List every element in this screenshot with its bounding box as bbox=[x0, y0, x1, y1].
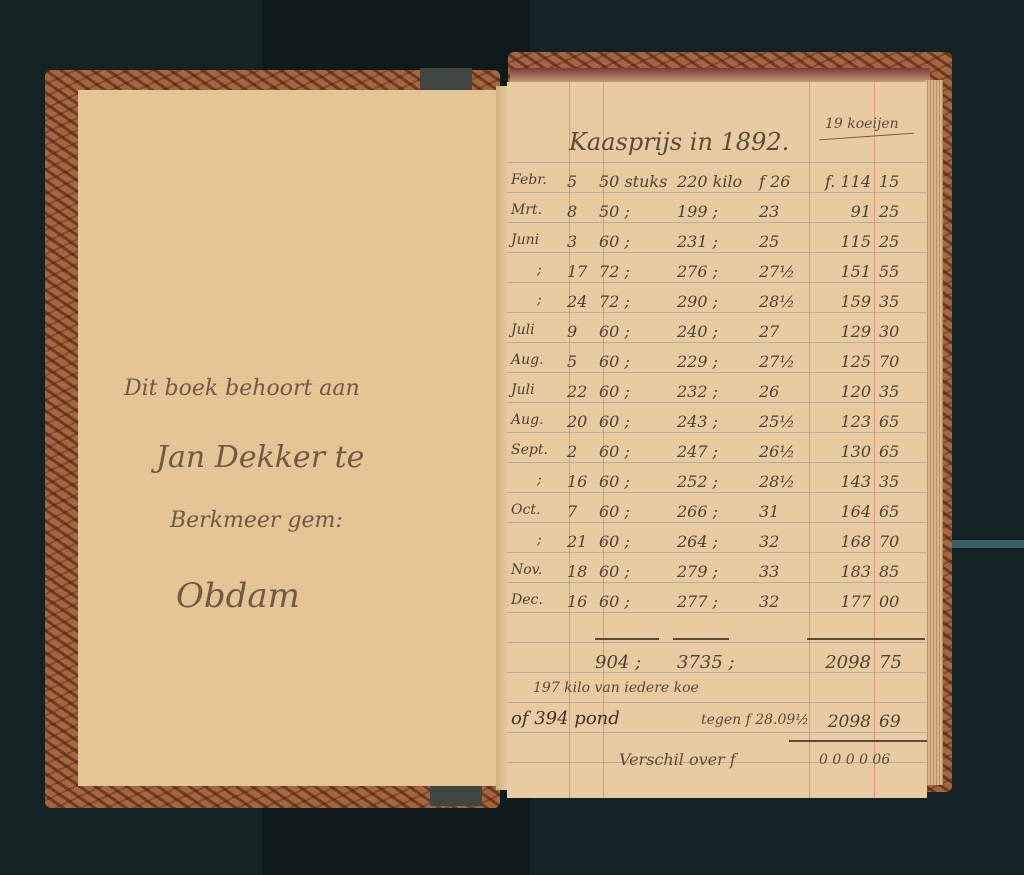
per-cow-note: 197 kilo van iedere koe bbox=[533, 680, 699, 696]
row-kilo: 229 ; bbox=[677, 352, 718, 371]
row-guilders: 129 bbox=[809, 322, 871, 341]
row-month: Nov. bbox=[511, 562, 542, 578]
row-kilo: 232 ; bbox=[677, 382, 718, 401]
row-kilo: 231 ; bbox=[677, 232, 718, 251]
ledger-row: Sept. 2 60 ; 247 ; 26½ 130 65 bbox=[507, 438, 927, 468]
cow-count-note: 19 koeijen bbox=[825, 116, 899, 132]
row-cents: 30 bbox=[879, 322, 899, 341]
row-guilders: 183 bbox=[809, 562, 871, 581]
difference-value: 0 0 0 0 06 bbox=[819, 752, 890, 768]
row-pieces: 60 ; bbox=[599, 442, 630, 461]
row-day: 2 bbox=[567, 442, 577, 461]
totals-row: 904 ; 3735 ; 2098 75 bbox=[507, 648, 927, 678]
left-page: Dit boek behoort aan Jan Dekker te Berkm… bbox=[78, 90, 496, 786]
row-day: 21 bbox=[567, 532, 587, 551]
ownership-line-4: Obdam bbox=[176, 576, 300, 616]
row-month: ; bbox=[537, 262, 542, 278]
row-pieces: 60 ; bbox=[599, 352, 630, 371]
row-pieces: 60 ; bbox=[599, 532, 630, 551]
page-stack-edge bbox=[925, 80, 943, 785]
row-guilders: 164 bbox=[809, 502, 871, 521]
row-day: 7 bbox=[567, 502, 577, 521]
spine-tape-bottom bbox=[430, 784, 482, 806]
row-month: Juli bbox=[511, 322, 535, 338]
sum-rule bbox=[673, 638, 729, 640]
row-pieces: 60 ; bbox=[599, 232, 630, 251]
ownership-line-3: Berkmeer gem: bbox=[170, 508, 343, 533]
ledger-row: Nov. 18 60 ; 279 ; 33 183 85 bbox=[507, 558, 927, 588]
ownership-line-1: Dit boek behoort aan bbox=[124, 376, 360, 401]
row-cents: 25 bbox=[879, 232, 899, 251]
ledger-row: Febr. 5 50 stuks 220 kilo f 26 f. 114 15 bbox=[507, 168, 927, 198]
row-kilo: 276 ; bbox=[677, 262, 718, 281]
row-kilo: 243 ; bbox=[677, 412, 718, 431]
row-month: ; bbox=[537, 292, 542, 308]
row-cents: 85 bbox=[879, 562, 899, 581]
ledger-row: ; 16 60 ; 252 ; 28½ 143 35 bbox=[507, 468, 927, 498]
row-cents: 70 bbox=[879, 352, 899, 371]
row-month: Aug. bbox=[511, 412, 544, 428]
row-price: 33 bbox=[759, 562, 779, 581]
ledger-row: Juli 9 60 ; 240 ; 27 129 30 bbox=[507, 318, 927, 348]
row-month: Aug. bbox=[511, 352, 544, 368]
background-strip bbox=[950, 540, 1024, 548]
row-price: 31 bbox=[759, 502, 779, 521]
row-day: 3 bbox=[567, 232, 577, 251]
ledger-row: ; 24 72 ; 290 ; 28½ 159 35 bbox=[507, 288, 927, 318]
ledger-row: Juni 3 60 ; 231 ; 25 115 25 bbox=[507, 228, 927, 258]
row-month: Febr. bbox=[511, 172, 547, 188]
row-day: 9 bbox=[567, 322, 577, 341]
sum-rule bbox=[595, 638, 659, 640]
row-pieces: 72 ; bbox=[599, 262, 630, 281]
row-kilo: 220 kilo bbox=[677, 172, 742, 191]
row-kilo: 266 ; bbox=[677, 502, 718, 521]
row-price: 27½ bbox=[759, 352, 795, 371]
row-price: 25½ bbox=[759, 412, 795, 431]
total-guilders: 2098 bbox=[809, 652, 871, 673]
row-month: Mrt. bbox=[511, 202, 542, 218]
ledger-row: Aug. 20 60 ; 243 ; 25½ 123 65 bbox=[507, 408, 927, 438]
row-day: 5 bbox=[567, 172, 577, 191]
row-kilo: 290 ; bbox=[677, 292, 718, 311]
row-kilo: 279 ; bbox=[677, 562, 718, 581]
row-month: Dec. bbox=[511, 592, 543, 608]
row-cents: 55 bbox=[879, 262, 899, 281]
computed-row: 2098 69 bbox=[507, 708, 927, 738]
row-guilders: 143 bbox=[809, 472, 871, 491]
row-price: 32 bbox=[759, 592, 779, 611]
row-day: 16 bbox=[567, 592, 587, 611]
row-cents: 00 bbox=[879, 592, 899, 611]
row-pieces: 60 ; bbox=[599, 322, 630, 341]
row-cents: 25 bbox=[879, 202, 899, 221]
row-kilo: 247 ; bbox=[677, 442, 718, 461]
ownership-line-2: Jan Dekker te bbox=[156, 440, 364, 475]
row-day: 20 bbox=[567, 412, 587, 431]
row-pieces: 72 ; bbox=[599, 292, 630, 311]
ruling-line bbox=[507, 642, 927, 643]
ledger-title: Kaasprijs in 1892. bbox=[569, 128, 789, 156]
ruling-line bbox=[507, 162, 927, 163]
row-pieces: 60 ; bbox=[599, 562, 630, 581]
row-guilders: f. 114 bbox=[809, 172, 871, 191]
row-month: Juli bbox=[511, 382, 535, 398]
row-guilders: 159 bbox=[809, 292, 871, 311]
row-price: 25 bbox=[759, 232, 779, 251]
row-pieces: 60 ; bbox=[599, 472, 630, 491]
row-cents: 65 bbox=[879, 502, 899, 521]
row-kilo: 252 ; bbox=[677, 472, 718, 491]
row-price: 27½ bbox=[759, 262, 795, 281]
row-day: 17 bbox=[567, 262, 587, 281]
right-page-ledger: 19 koeijen Kaasprijs in 1892. Febr. 5 50… bbox=[507, 82, 927, 798]
row-price: 32 bbox=[759, 532, 779, 551]
row-price: 28½ bbox=[759, 472, 795, 491]
row-day: 18 bbox=[567, 562, 587, 581]
row-pieces: 50 ; bbox=[599, 202, 630, 221]
page-block-top-edge bbox=[510, 68, 930, 82]
total-cents: 75 bbox=[879, 652, 902, 673]
ledger-row: ; 17 72 ; 276 ; 27½ 151 55 bbox=[507, 258, 927, 288]
row-guilders: 123 bbox=[809, 412, 871, 431]
row-pieces: 60 ; bbox=[599, 382, 630, 401]
row-kilo: 264 ; bbox=[677, 532, 718, 551]
row-price: f 26 bbox=[759, 172, 790, 191]
row-cents: 65 bbox=[879, 412, 899, 431]
row-day: 8 bbox=[567, 202, 577, 221]
row-day: 22 bbox=[567, 382, 587, 401]
sum-rule bbox=[807, 638, 925, 640]
row-price: 28½ bbox=[759, 292, 795, 311]
ledger-row: Oct. 7 60 ; 266 ; 31 164 65 bbox=[507, 498, 927, 528]
row-guilders: 177 bbox=[809, 592, 871, 611]
row-cents: 70 bbox=[879, 532, 899, 551]
row-price: 26½ bbox=[759, 442, 795, 461]
row-cents: 35 bbox=[879, 472, 899, 491]
total-pieces: 904 ; bbox=[595, 652, 641, 673]
row-kilo: 240 ; bbox=[677, 322, 718, 341]
row-month: ; bbox=[537, 532, 542, 548]
row-month: Juni bbox=[511, 232, 539, 248]
row-cents: 15 bbox=[879, 172, 899, 191]
row-month: ; bbox=[537, 472, 542, 488]
computed-guilders: 2098 bbox=[809, 712, 871, 732]
row-price: 23 bbox=[759, 202, 779, 221]
row-pieces: 50 stuks bbox=[599, 172, 667, 191]
row-cents: 35 bbox=[879, 382, 899, 401]
row-month: Oct. bbox=[511, 502, 540, 518]
ruling-line bbox=[507, 702, 927, 703]
ledger-row: Dec. 16 60 ; 277 ; 32 177 00 bbox=[507, 588, 927, 618]
total-kilo: 3735 ; bbox=[677, 652, 735, 673]
row-day: 24 bbox=[567, 292, 587, 311]
ledger-row: ; 21 60 ; 264 ; 32 168 70 bbox=[507, 528, 927, 558]
row-pieces: 60 ; bbox=[599, 502, 630, 521]
row-guilders: 151 bbox=[809, 262, 871, 281]
row-cents: 65 bbox=[879, 442, 899, 461]
difference-label: Verschil over f bbox=[619, 750, 736, 769]
note-underline bbox=[819, 133, 914, 141]
row-guilders: 120 bbox=[809, 382, 871, 401]
row-guilders: 115 bbox=[809, 232, 871, 251]
ledger-row: Aug. 5 60 ; 229 ; 27½ 125 70 bbox=[507, 348, 927, 378]
row-day: 16 bbox=[567, 472, 587, 491]
row-cents: 35 bbox=[879, 292, 899, 311]
row-month: Sept. bbox=[511, 442, 548, 458]
row-guilders: 91 bbox=[809, 202, 871, 221]
row-guilders: 125 bbox=[809, 352, 871, 371]
row-guilders: 168 bbox=[809, 532, 871, 551]
row-kilo: 277 ; bbox=[677, 592, 718, 611]
row-kilo: 199 ; bbox=[677, 202, 718, 221]
difference-rule bbox=[789, 740, 927, 742]
row-day: 5 bbox=[567, 352, 577, 371]
row-price: 27 bbox=[759, 322, 779, 341]
row-pieces: 60 ; bbox=[599, 592, 630, 611]
ledger-row: Mrt. 8 50 ; 199 ; 23 91 25 bbox=[507, 198, 927, 228]
ledger-row: Juli 22 60 ; 232 ; 26 120 35 bbox=[507, 378, 927, 408]
row-price: 26 bbox=[759, 382, 779, 401]
row-pieces: 60 ; bbox=[599, 412, 630, 431]
row-guilders: 130 bbox=[809, 442, 871, 461]
spine-tape-top bbox=[420, 68, 472, 90]
computed-cents: 69 bbox=[879, 712, 901, 732]
